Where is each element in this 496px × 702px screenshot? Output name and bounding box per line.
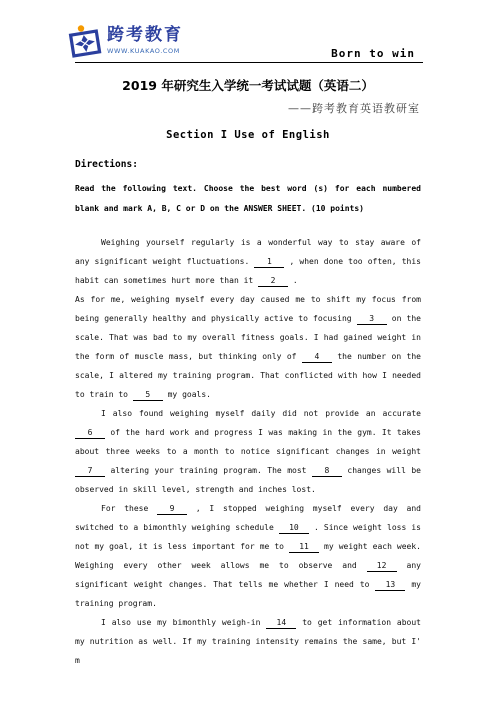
section-heading: Section I Use of English xyxy=(0,129,496,141)
cloze-blank-11: 11 xyxy=(289,542,319,553)
cloze-blank-5: 5 xyxy=(133,390,163,401)
slogan-born-to-win: Born to win xyxy=(331,47,415,60)
directions-text: Read the following text. Choose the best… xyxy=(75,179,421,219)
kuakao-logo-icon xyxy=(66,24,104,58)
logo-text-block: 跨考教育 WWW.KUAKAO.COM xyxy=(107,26,183,55)
cloze-blank-12: 12 xyxy=(367,561,397,572)
passage-paragraph: I also use my bimonthly weigh-in 14 to g… xyxy=(75,613,421,670)
cloze-blank-2: 2 xyxy=(258,276,288,287)
document-title: 2019 年研究生入学统一考试试题（英语二） xyxy=(0,76,496,94)
cloze-blank-1: 1 xyxy=(254,257,284,268)
passage-paragraph: I also found weighing myself daily did n… xyxy=(75,404,421,499)
cloze-blank-7: 7 xyxy=(75,466,105,477)
cloze-blank-9: 9 xyxy=(157,504,187,515)
passage: Weighing yourself regularly is a wonderf… xyxy=(75,233,421,670)
logo-website-text: WWW.KUAKAO.COM xyxy=(107,47,183,55)
passage-paragraph: For these 9 , I stopped weighing myself … xyxy=(75,499,421,613)
kuakao-logo: 跨考教育 WWW.KUAKAO.COM xyxy=(66,24,183,58)
document-subtitle: ——跨考教育英语教研室 xyxy=(288,100,420,116)
passage-paragraph: Weighing yourself regularly is a wonderf… xyxy=(75,233,421,290)
cloze-blank-13: 13 xyxy=(375,580,405,591)
cloze-blank-3: 3 xyxy=(357,314,387,325)
logo-brand-text: 跨考教育 xyxy=(107,26,183,45)
cloze-blank-4: 4 xyxy=(302,352,332,363)
header-divider-line xyxy=(75,62,423,63)
passage-paragraph: As for me, weighing myself every day cau… xyxy=(75,290,421,404)
cloze-blank-8: 8 xyxy=(312,466,342,477)
cloze-blank-6: 6 xyxy=(75,428,105,439)
exam-document-page: 跨考教育 WWW.KUAKAO.COM Born to win 2019 年研究… xyxy=(0,0,496,702)
logo-orange-dot xyxy=(78,25,84,31)
cloze-blank-14: 14 xyxy=(266,618,296,629)
cloze-blank-10: 10 xyxy=(279,523,309,534)
directions-label: Directions: xyxy=(75,159,138,170)
